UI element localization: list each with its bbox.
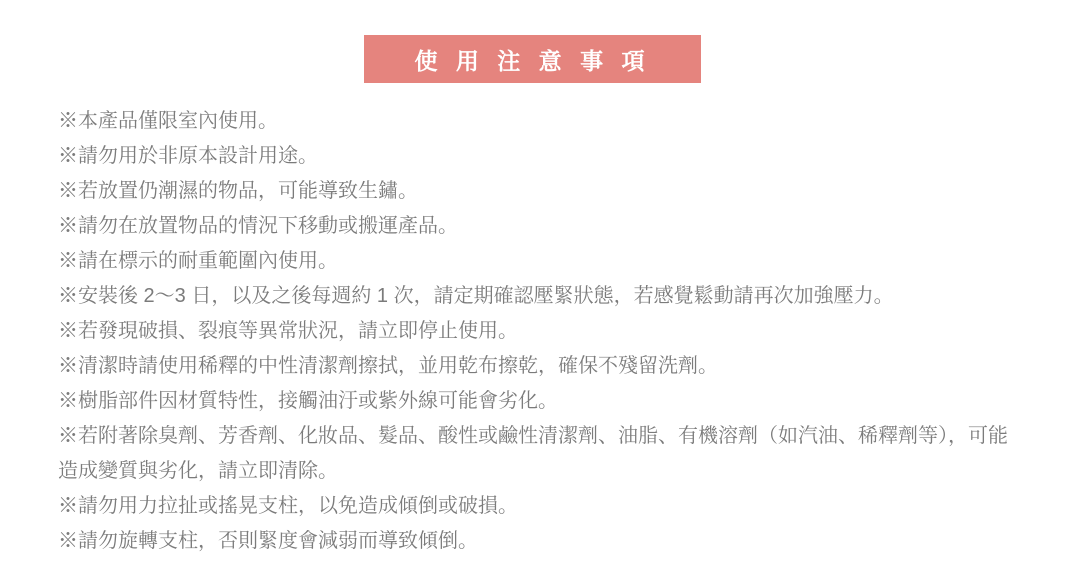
note-item: ※本產品僅限室內使用。 [58, 104, 1020, 139]
notes-list: ※本產品僅限室內使用。 ※請勿用於非原本設計用途。 ※若放置仍潮濕的物品，可能導… [58, 104, 1020, 559]
note-item: ※若發現破損、裂痕等異常狀況，請立即停止使用。 [58, 314, 1020, 349]
note-item: ※安裝後 2～3 日，以及之後每週約 1 次，請定期確認壓緊狀態，若感覺鬆動請再… [58, 279, 1020, 314]
note-item: ※請勿用力拉扯或搖晃支柱，以免造成傾倒或破損。 [58, 489, 1020, 524]
note-item: ※請勿旋轉支柱，否則緊度會減弱而導致傾倒。 [58, 524, 1020, 559]
note-item: ※若放置仍潮濕的物品，可能導致生鏽。 [58, 174, 1020, 209]
note-item: ※清潔時請使用稀釋的中性清潔劑擦拭，並用乾布擦乾，確保不殘留洗劑。 [58, 349, 1020, 384]
note-item: ※樹脂部件因材質特性，接觸油汙或紫外線可能會劣化。 [58, 384, 1020, 419]
page-title: 使 用 注 意 事 項 [415, 43, 651, 76]
usage-notes-page: 使 用 注 意 事 項 ※本產品僅限室內使用。 ※請勿用於非原本設計用途。 ※若… [0, 0, 1065, 580]
note-item: ※請在標示的耐重範圍內使用。 [58, 244, 1020, 279]
note-item: ※若附著除臭劑、芳香劑、化妝品、髮品、酸性或鹼性清潔劑、油脂、有機溶劑（如汽油、… [58, 419, 1020, 489]
note-item: ※請勿在放置物品的情況下移動或搬運產品。 [58, 209, 1020, 244]
note-item: ※請勿用於非原本設計用途。 [58, 139, 1020, 174]
usage-notes-banner: 使 用 注 意 事 項 [364, 35, 701, 83]
